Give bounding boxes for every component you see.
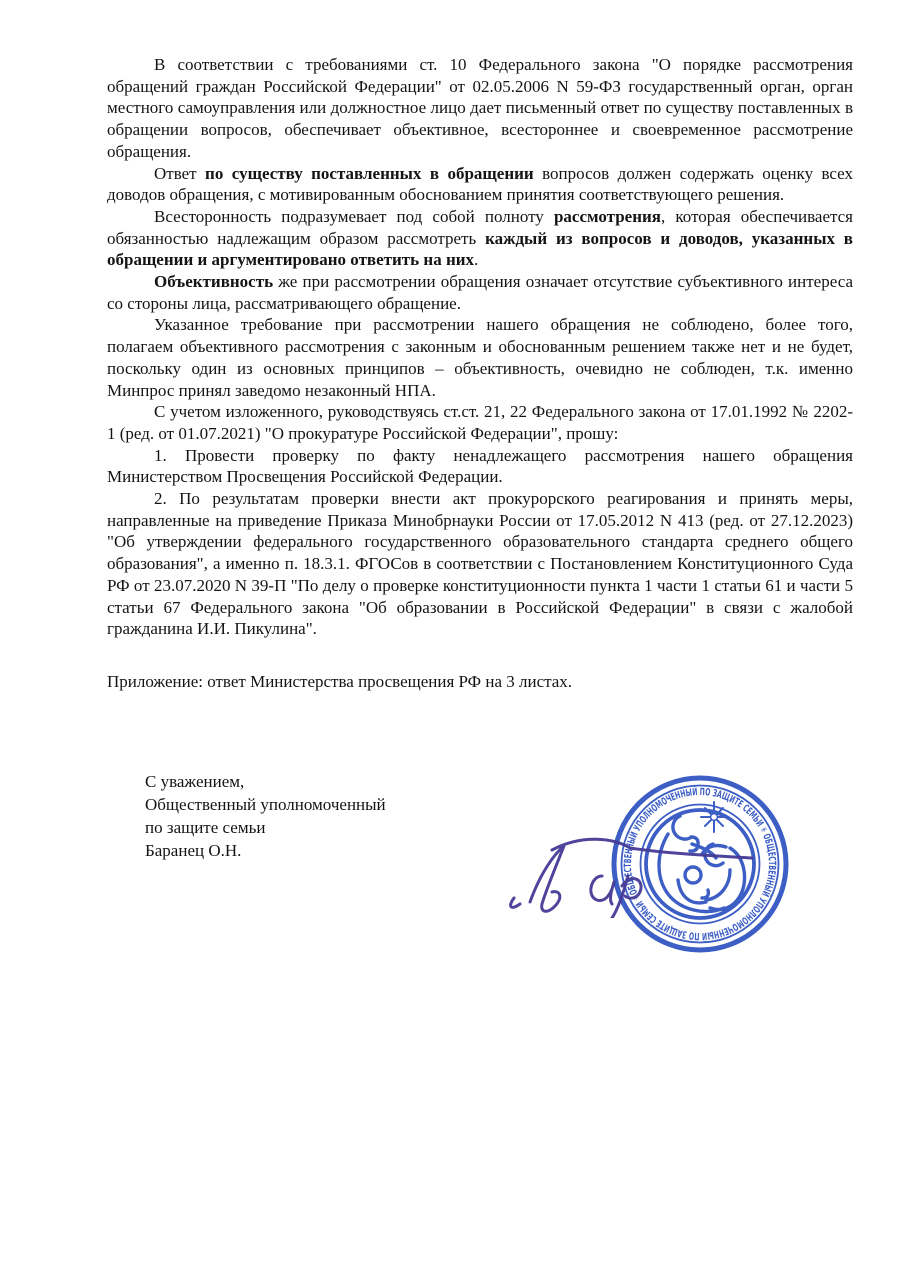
paragraph: 1. Провести проверку по факту ненадлежащ…	[107, 445, 853, 488]
paragraph: 2. По результатам проверки внести акт пр…	[107, 488, 853, 640]
text-segment: 1. Провести проверку по факту ненадлежащ…	[107, 446, 853, 487]
text-segment: Всесторонность подразумевает под собой п…	[154, 207, 554, 226]
paragraph: В соответствии с требованиями ст. 10 Фед…	[107, 54, 853, 163]
paragraph: Всесторонность подразумевает под собой п…	[107, 206, 853, 271]
text-segment: В соответствии с требованиями ст. 10 Фед…	[107, 55, 853, 161]
text-segment: Указанное требование при рассмотрении на…	[107, 315, 853, 399]
closing-line: по защите семьи	[145, 816, 386, 839]
text-segment: .	[474, 250, 478, 269]
paragraph: С учетом изложенного, руководствуясь ст.…	[107, 401, 853, 444]
handwritten-signature	[506, 814, 762, 918]
closing-line: Общественный уполномоченный	[145, 793, 386, 816]
closing-line: Баранец О.Н.	[145, 839, 386, 862]
text-segment: Ответ	[154, 164, 205, 183]
signature-scrawl-icon	[506, 814, 762, 918]
text-segment: С учетом изложенного, руководствуясь ст.…	[107, 402, 853, 443]
letter-body: В соответствии с требованиями ст. 10 Фед…	[107, 54, 853, 640]
bold-text-segment: рассмотрения	[554, 207, 661, 226]
bold-text-segment: Объективность	[154, 272, 273, 291]
letter-page: В соответствии с требованиями ст. 10 Фед…	[0, 0, 904, 1280]
text-segment: 2. По результатам проверки внести акт пр…	[107, 489, 853, 638]
attachment-line: Приложение: ответ Министерства просвещен…	[107, 671, 853, 693]
paragraph: Объективность же при рассмотрении обраще…	[107, 271, 853, 314]
closing-block: С уважением,Общественный уполномоченныйп…	[145, 770, 386, 862]
closing-line: С уважением,	[145, 770, 386, 793]
paragraph: Указанное требование при рассмотрении на…	[107, 314, 853, 401]
paragraph: Ответ по существу поставленных в обращен…	[107, 163, 853, 206]
bold-text-segment: по существу поставленных в обращении	[205, 164, 534, 183]
